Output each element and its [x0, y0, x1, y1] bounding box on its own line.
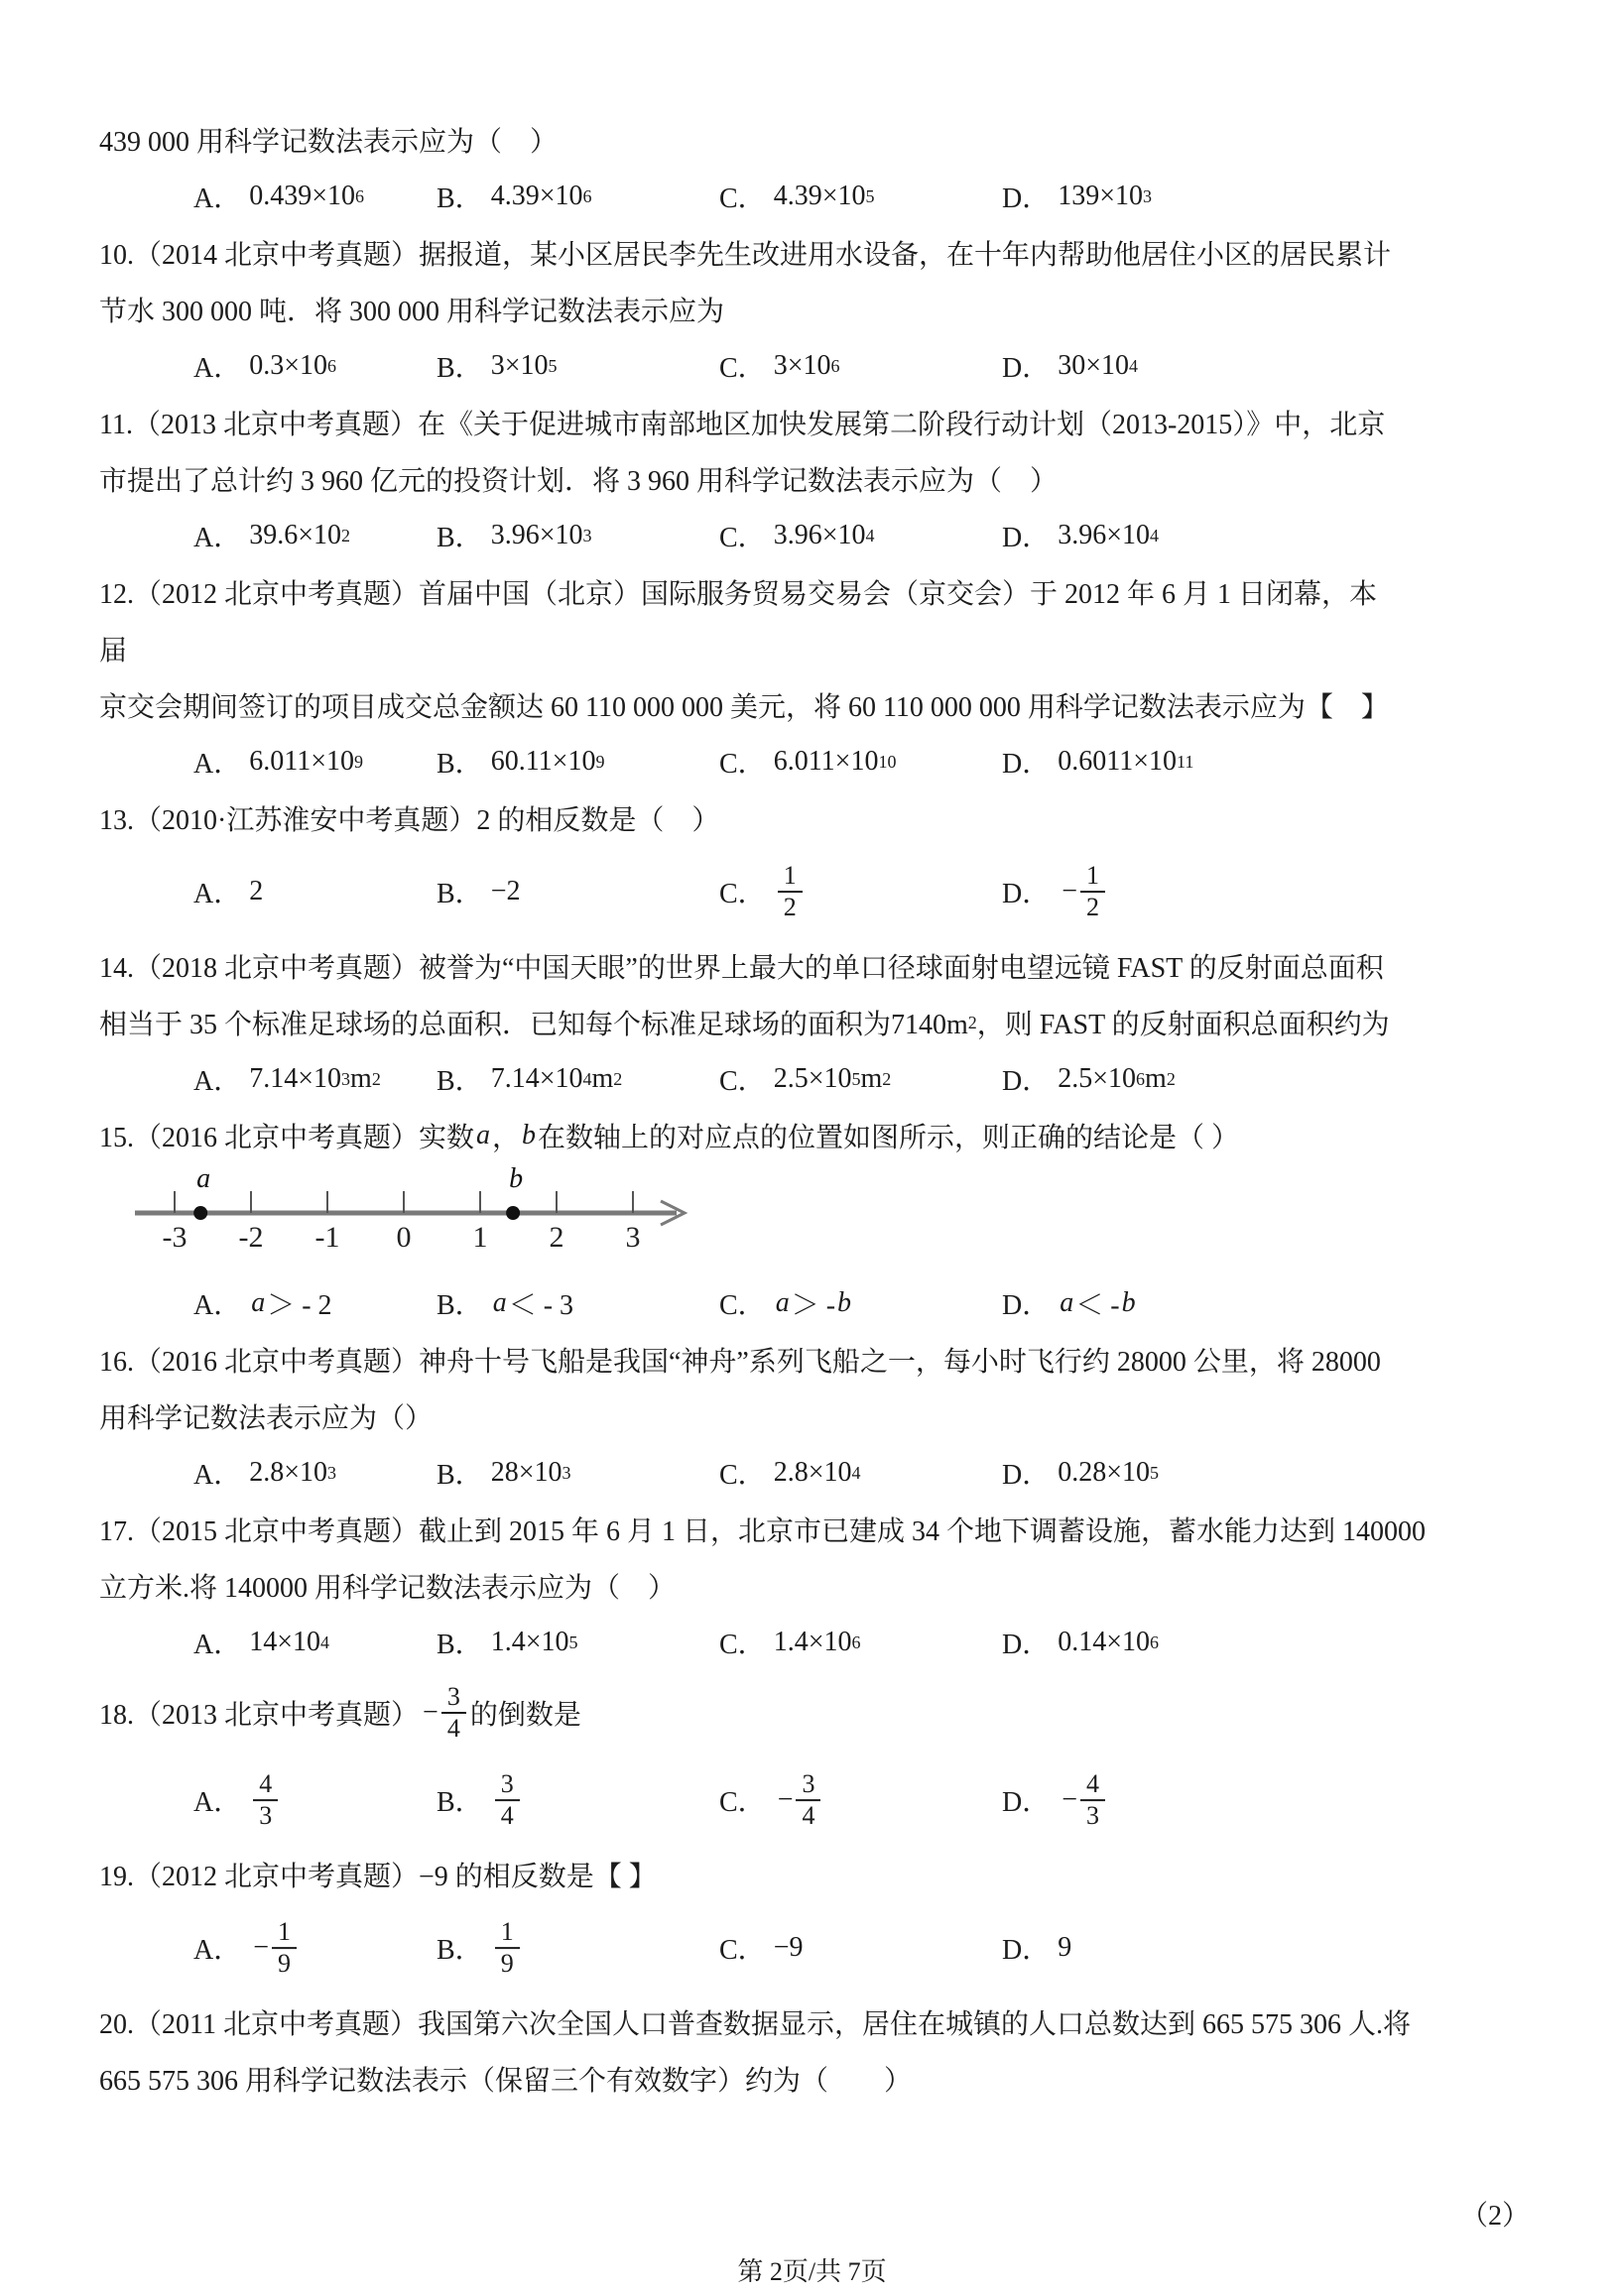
question-line: 13.（2010·江苏淮安中考真题）2 的相反数是（ ）: [99, 789, 1533, 846]
options-row: A．−19B．19C．−9D．9: [99, 1902, 1533, 1994]
option: A．39.6×102: [193, 516, 350, 555]
text-segment: 60.11×10: [491, 746, 596, 778]
fraction-numerator: 1: [272, 1917, 297, 1949]
question-line: 节水 300 000 吨．将 300 000 用科学记数法表示应为: [99, 281, 1533, 337]
option-label: D．: [1002, 1623, 1050, 1662]
option-label: B．: [437, 1780, 483, 1820]
question-line: 12.（2012 北京中考真题）首届中国（北京）国际服务贸易交易会（京交会）于 …: [99, 563, 1533, 620]
option: C．6.011×1010: [719, 742, 896, 782]
option: A．43: [193, 1769, 282, 1831]
text-segment: 11.（2013 北京中考真题）在《关于促进城市南部地区加快发展第二阶段行动计划…: [99, 403, 1385, 442]
text-segment: 16.（2016 北京中考真题）神舟十号飞船是我国“神舟”系列飞船之一，每小时飞…: [99, 1340, 1381, 1380]
option: C．4.39×105: [719, 177, 874, 216]
option-label: B．: [437, 1453, 483, 1493]
option: C．−9: [719, 1928, 803, 1968]
question-line: 665 575 306 用科学记数法表示（保留三个有效数字）约为（ ）: [99, 2050, 1533, 2107]
option-label: A．: [193, 872, 241, 911]
question-line: 16.（2016 北京中考真题）神舟十号飞船是我国“神舟”系列飞船之一，每小时飞…: [99, 1331, 1533, 1388]
math-variable: a: [774, 1287, 792, 1319]
option: D．2.5×106 m2: [1002, 1059, 1176, 1099]
point-label-a: a: [196, 1163, 210, 1194]
text-segment: m: [350, 1063, 372, 1095]
text-segment: 14.（2018 北京中考真题）被誉为“中国天眼”的世界上最大的单口径球面射电望…: [99, 946, 1384, 986]
text-segment: 30×10: [1058, 350, 1129, 382]
option-label: D．: [1002, 1928, 1050, 1968]
fraction-denominator: 4: [796, 1801, 820, 1831]
fraction: −34: [778, 1769, 821, 1831]
option: C．2.5×105 m2: [719, 1059, 891, 1099]
text-segment: −9: [774, 1932, 804, 1964]
page-content: 439 000 用科学记数法表示应为（ ）A．0.439×106B．4.39×1…: [99, 111, 1533, 2107]
fraction-stack: 19: [272, 1917, 297, 1979]
option: D．0.6011×1011: [1002, 742, 1193, 782]
option: A．0.3×106: [193, 346, 336, 386]
option: C．−34: [719, 1769, 824, 1831]
fraction-numerator: 1: [495, 1917, 520, 1949]
text-segment: 0.3×10: [249, 350, 327, 382]
option: D．a＜ - b: [1002, 1283, 1138, 1323]
option: D．−12: [1002, 861, 1109, 922]
fraction-sign: −: [1062, 876, 1077, 907]
option-label: A．: [193, 1283, 241, 1323]
tick-label: -3: [163, 1221, 187, 1254]
text-segment: 2.5×10: [1058, 1063, 1136, 1095]
text-segment: 17.（2015 北京中考真题）截止到 2015 年 6 月 1 日，北京市已建…: [99, 1510, 1426, 1549]
option-label: D．: [1002, 1283, 1050, 1323]
fraction-stack: 34: [796, 1769, 820, 1831]
math-variable: b: [1120, 1287, 1138, 1319]
option-label: A．: [193, 1928, 241, 1968]
option-label: C．: [719, 177, 766, 216]
text-segment: 13.（2010·江苏淮安中考真题）2 的相反数是（ ）: [99, 798, 719, 838]
option-label: C．: [719, 1453, 766, 1493]
text-segment: ＜ -: [1075, 1283, 1119, 1323]
text-segment: 14×10: [249, 1627, 320, 1658]
tick-label: 2: [550, 1221, 564, 1254]
text-segment: 2.5×10: [774, 1063, 852, 1095]
option-label: C．: [719, 1283, 766, 1323]
fraction-denominator: 3: [253, 1801, 278, 1831]
text-segment: 2.8×10: [249, 1457, 327, 1489]
option: C．3.96×104: [719, 516, 874, 555]
option-label: C．: [719, 346, 766, 386]
question-line: 市提出了总计约 3 960 亿元的投资计划．将 3 960 用科学记数法表示应为…: [99, 450, 1533, 507]
fraction: −19: [253, 1917, 297, 1979]
text-segment: 的倒数是: [470, 1693, 581, 1733]
fraction-denominator: 2: [1080, 893, 1105, 922]
fraction-stack: 19: [495, 1917, 520, 1979]
fraction-denominator: 9: [495, 1949, 520, 1979]
math-variable: b: [520, 1120, 538, 1151]
option-label: B．: [437, 1283, 483, 1323]
fraction-sign: −: [423, 1697, 438, 1729]
option-label: D．: [1002, 742, 1050, 782]
text-segment: 0.439×10: [249, 181, 355, 212]
option-label: D．: [1002, 516, 1050, 555]
fraction-sign: −: [1062, 1784, 1077, 1816]
fraction-denominator: 3: [1080, 1801, 1105, 1831]
fraction-denominator: 9: [272, 1949, 297, 1979]
fraction-stack: 12: [1080, 861, 1105, 922]
text-segment: 6.011×10: [249, 746, 354, 778]
text-segment: 28×10: [491, 1457, 562, 1489]
option-label: A．: [193, 1059, 241, 1099]
tick-label: -1: [315, 1221, 340, 1254]
option: C．2.8×104: [719, 1453, 860, 1493]
text-segment: 665 575 306 用科学记数法表示（保留三个有效数字）约为（ ）: [99, 2059, 912, 2099]
option: B．a＜ - 3: [437, 1283, 573, 1323]
option-label: C．: [719, 1780, 766, 1820]
fraction-numerator: 3: [495, 1769, 520, 1801]
text-segment: 3.96×10: [1058, 520, 1150, 551]
text-segment: 4.39×10: [774, 181, 866, 212]
fraction-stack: 43: [253, 1769, 278, 1831]
option: C．a＞ - b: [719, 1283, 853, 1323]
text-segment: 7.14×10: [491, 1063, 583, 1095]
question-line: 11.（2013 北京中考真题）在《关于促进城市南部地区加快发展第二阶段行动计划…: [99, 394, 1533, 450]
fraction-sign: −: [778, 1784, 794, 1816]
text-segment: 4.39×10: [491, 181, 583, 212]
text-segment: ＞ -: [792, 1283, 835, 1323]
option: A．−19: [193, 1917, 301, 1979]
options-row: A．6.011×109B．60.11×109C．6.011×1010D．0.60…: [99, 733, 1533, 789]
option-label: B．: [437, 1928, 483, 1968]
tick-label: 0: [397, 1221, 412, 1254]
text-segment: 相当于 35 个标准足球场的总面积．已知每个标准足球场的面积为7140m: [99, 1003, 968, 1042]
option: B．34: [437, 1769, 524, 1831]
text-segment: 20.（2011 北京中考真题）我国第六次全国人口普查数据显示，居住在城镇的人口…: [99, 2002, 1411, 2042]
fraction-stack: 34: [441, 1682, 466, 1744]
option-label: A．: [193, 346, 241, 386]
text-segment: 1.4×10: [491, 1627, 569, 1658]
fraction: 43: [253, 1769, 278, 1831]
option-label: B．: [437, 872, 483, 911]
fraction-numerator: 1: [1080, 861, 1105, 893]
text-segment: 节水 300 000 吨．将 300 000 用科学记数法表示应为: [99, 290, 724, 329]
text-segment: 12.（2012 北京中考真题）首届中国（北京）国际服务贸易交易会（京交会）于 …: [99, 572, 1377, 612]
option: A．0.439×106: [193, 177, 364, 216]
question-line: 19.（2012 北京中考真题）−9 的相反数是【 】: [99, 1846, 1533, 1902]
text-segment: ＜ - 3: [509, 1283, 573, 1323]
point-b: [506, 1206, 520, 1220]
text-segment: 用科学记数法表示应为（）: [99, 1396, 433, 1436]
point-a: [193, 1206, 207, 1220]
text-segment: 2.8×10: [774, 1457, 852, 1489]
fraction: −34: [423, 1682, 466, 1744]
options-row: A．14×104B．1.4×105C．1.4×106D．0.14×106: [99, 1614, 1533, 1670]
math-variable: b: [835, 1287, 853, 1319]
fraction-stack: 43: [1080, 1769, 1105, 1831]
option: B．−2: [437, 872, 520, 911]
text-segment: 19.（2012 北京中考真题）−9 的相反数是【 】: [99, 1855, 657, 1894]
option: C．1.4×106: [719, 1623, 860, 1662]
fraction-stack: 12: [778, 861, 803, 922]
option-label: C．: [719, 516, 766, 555]
text-segment: 0.14×10: [1058, 1627, 1150, 1658]
fraction-sign: −: [253, 1932, 269, 1964]
option: A．7.14×103 m2: [193, 1059, 381, 1099]
page-footer: 第 2页/共 7页: [0, 2251, 1624, 2288]
option: B．3×105: [437, 346, 557, 386]
fraction-denominator: 4: [495, 1801, 520, 1831]
text-segment: ，: [492, 1116, 520, 1155]
option-label: B．: [437, 1059, 483, 1099]
text-segment: 届: [99, 629, 127, 668]
options-row: A．0.3×106B．3×105C．3×106D．30×104: [99, 337, 1533, 394]
point-label-b: b: [509, 1163, 523, 1194]
option-label: A．: [193, 177, 241, 216]
fraction: −12: [1062, 861, 1105, 922]
text-segment: m: [860, 1063, 882, 1095]
options-row: A．7.14×103 m2B．7.14×104 m2C．2.5×105 m2D．…: [99, 1050, 1533, 1107]
text-segment: 6.011×10: [774, 746, 879, 778]
option-label: D．: [1002, 872, 1050, 911]
tick-label: 3: [626, 1221, 641, 1254]
question-line: 14.（2018 北京中考真题）被誉为“中国天眼”的世界上最大的单口径球面射电望…: [99, 937, 1533, 994]
text-segment: 39.6×10: [249, 520, 341, 551]
text-segment: 京交会期间签订的项目成交总金额达 60 110 000 000 美元，将 60 …: [99, 685, 1389, 725]
text-segment: 1.4×10: [774, 1627, 852, 1658]
option: B．3.96×103: [437, 516, 591, 555]
option-label: B．: [437, 742, 483, 782]
tick-label: -2: [239, 1221, 264, 1254]
question-line: 439 000 用科学记数法表示应为（ ）: [99, 111, 1533, 168]
option-label: D．: [1002, 177, 1050, 216]
option: D．139×103: [1002, 177, 1152, 216]
option: A．2.8×103: [193, 1453, 336, 1493]
option: A．a＞ - 2: [193, 1283, 332, 1323]
option: B．28×103: [437, 1453, 570, 1493]
text-segment: 7.14×10: [249, 1063, 341, 1095]
fraction-numerator: 4: [1080, 1769, 1105, 1801]
text-segment: 439 000 用科学记数法表示应为（ ）: [99, 120, 558, 160]
math-variable: a: [1058, 1287, 1075, 1319]
options-row: A．0.439×106B．4.39×106C．4.39×105D．139×103: [99, 168, 1533, 224]
option: D．−43: [1002, 1769, 1109, 1831]
options-row: A．2B．−2C．12D．−12: [99, 846, 1533, 937]
question-line: 20.（2011 北京中考真题）我国第六次全国人口普查数据显示，居住在城镇的人口…: [99, 1994, 1533, 2050]
question-line: 10.（2014 北京中考真题）据报道，某小区居民李先生改进用水设备，在十年内帮…: [99, 224, 1533, 281]
option: A．6.011×109: [193, 742, 363, 782]
fraction: 19: [495, 1917, 520, 1979]
option: D．0.28×105: [1002, 1453, 1159, 1493]
math-variable: a: [474, 1120, 492, 1151]
option-label: B．: [437, 516, 483, 555]
text-segment: 3×10: [774, 350, 831, 382]
option-label: D．: [1002, 346, 1050, 386]
option-label: D．: [1002, 1059, 1050, 1099]
text-segment: ＞ - 2: [267, 1283, 331, 1323]
option: D．3.96×104: [1002, 516, 1159, 555]
fraction-numerator: 1: [778, 861, 803, 893]
text-segment: 139×10: [1058, 181, 1143, 212]
text-segment: 10.（2014 北京中考真题）据报道，某小区居民李先生改进用水设备，在十年内帮…: [99, 233, 1391, 273]
option-label: A．: [193, 1780, 241, 1820]
fraction-stack: 34: [495, 1769, 520, 1831]
option-label: B．: [437, 177, 483, 216]
question-line: 届: [99, 620, 1533, 676]
text-segment: 18.（2013 北京中考真题）: [99, 1693, 419, 1733]
option-label: A．: [193, 1453, 241, 1493]
option-label: A．: [193, 1623, 241, 1662]
number-line-figure: -3-2-10123ab: [105, 1163, 740, 1274]
option: B．60.11×109: [437, 742, 604, 782]
fraction-denominator: 4: [441, 1714, 466, 1744]
option: B．1.4×105: [437, 1623, 577, 1662]
option-label: D．: [1002, 1780, 1050, 1820]
options-row: A．a＞ - 2B．a＜ - 3C．a＞ - bD．a＜ - b: [99, 1274, 1533, 1331]
fraction-numerator: 3: [441, 1682, 466, 1714]
text-segment: 立方米.将 140000 用科学记数法表示应为（ ）: [99, 1566, 676, 1606]
question-line: 15.（2016 北京中考真题）实数 a，b 在数轴上的对应点的位置如图所示，则…: [99, 1107, 1533, 1163]
option-label: C．: [719, 1928, 766, 1968]
fraction-numerator: 3: [796, 1769, 820, 1801]
fraction: 34: [495, 1769, 520, 1831]
fraction-denominator: 2: [778, 893, 803, 922]
tick-label: 1: [473, 1221, 488, 1254]
text-segment: 0.6011×10: [1058, 746, 1177, 778]
question-line: 京交会期间签订的项目成交总金额达 60 110 000 000 美元，将 60 …: [99, 676, 1533, 733]
math-variable: a: [491, 1287, 509, 1319]
option-label: C．: [719, 1623, 766, 1662]
option-label: A．: [193, 516, 241, 555]
math-variable: a: [249, 1287, 267, 1319]
options-row: A．2.8×103B．28×103C．2.8×104D．0.28×105: [99, 1444, 1533, 1501]
text-segment: 9: [1058, 1932, 1071, 1964]
text-segment: ，则 FAST 的反射面积总面积约为: [977, 1003, 1390, 1042]
option: A．2: [193, 872, 263, 911]
option: C．12: [719, 861, 807, 922]
option: B．4.39×106: [437, 177, 591, 216]
option-label: A．: [193, 742, 241, 782]
text-segment: 0.28×10: [1058, 1457, 1150, 1489]
option: B．19: [437, 1917, 524, 1979]
options-row: A．43B．34C．−34D．−43: [99, 1754, 1533, 1846]
text-segment: m: [591, 1063, 613, 1095]
text-segment: 3.96×10: [774, 520, 866, 551]
options-row: A．39.6×102B．3.96×103C．3.96×104D．3.96×104: [99, 507, 1533, 563]
text-segment: 市提出了总计约 3 960 亿元的投资计划．将 3 960 用科学记数法表示应为…: [99, 459, 1058, 499]
option: D．9: [1002, 1928, 1071, 1968]
option-label: D．: [1002, 1453, 1050, 1493]
option: D．0.14×106: [1002, 1623, 1159, 1662]
question-line: 相当于 35 个标准足球场的总面积．已知每个标准足球场的面积为7140m2，则 …: [99, 994, 1533, 1050]
question-line: 立方米.将 140000 用科学记数法表示应为（ ）: [99, 1557, 1533, 1614]
option: B．7.14×104 m2: [437, 1059, 622, 1099]
fraction-numerator: 4: [253, 1769, 278, 1801]
number-line-row: -3-2-10123ab: [99, 1163, 1533, 1274]
fraction: 12: [778, 861, 803, 922]
question-line: 用科学记数法表示应为（）: [99, 1388, 1533, 1444]
text-segment: 15.（2016 北京中考真题）实数: [99, 1116, 474, 1155]
text-segment: m: [1145, 1063, 1167, 1095]
fraction: −43: [1062, 1769, 1105, 1831]
option: C．3×106: [719, 346, 839, 386]
corner-page-number: （2）: [1460, 2194, 1530, 2234]
option-label: B．: [437, 346, 483, 386]
text-segment: 3×10: [491, 350, 549, 382]
question-line: 18.（2013 北京中考真题）−34 的倒数是: [99, 1670, 1533, 1754]
option-label: C．: [719, 872, 766, 911]
text-segment: 2: [249, 876, 263, 907]
text-segment: 3.96×10: [491, 520, 583, 551]
text-segment: 在数轴上的对应点的位置如图所示，则正确的结论是（ ）: [538, 1116, 1239, 1155]
option-label: B．: [437, 1623, 483, 1662]
text-segment: −2: [491, 876, 521, 907]
option: D．30×104: [1002, 346, 1138, 386]
question-line: 17.（2015 北京中考真题）截止到 2015 年 6 月 1 日，北京市已建…: [99, 1501, 1533, 1557]
exam-page: 439 000 用科学记数法表示应为（ ）A．0.439×106B．4.39×1…: [0, 0, 1624, 2296]
option-label: C．: [719, 742, 766, 782]
option: A．14×104: [193, 1623, 329, 1662]
option-label: C．: [719, 1059, 766, 1099]
